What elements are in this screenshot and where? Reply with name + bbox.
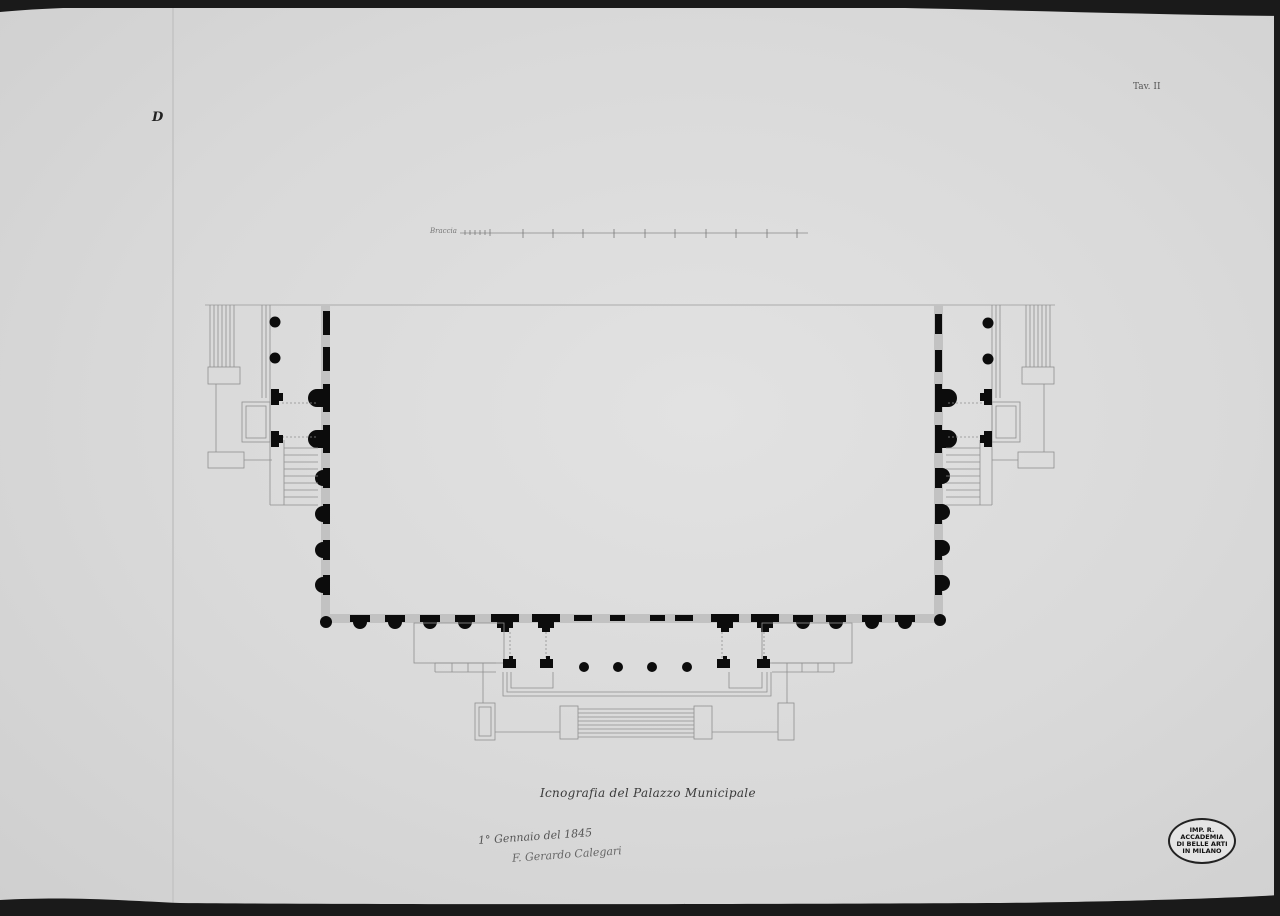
academy-stamp: IMP. R. ACCADEMIA DI BELLE ARTI IN MILAN…: [1168, 818, 1236, 864]
scale-bar-label: Braccia: [430, 227, 457, 235]
left-wall-pilasters: [308, 311, 332, 628]
left-wing: [208, 305, 318, 505]
right-wing-columns: [980, 318, 994, 448]
floor-plan-diagram: [0, 0, 1280, 916]
bottom-portico-columns: [503, 656, 770, 672]
scanned-drawing-sheet: D Tav. II: [0, 0, 1280, 916]
right-wing: [946, 305, 1054, 505]
plan-title: Icnografia del Palazzo Municipale: [540, 786, 756, 800]
right-wall-pilasters: [934, 314, 957, 626]
scale-bar: [460, 229, 808, 238]
courtyard-walls: [321, 305, 943, 623]
bottom-portico: [414, 623, 852, 740]
left-wing-columns: [270, 317, 284, 448]
stamp-line: IN MILANO: [1182, 848, 1221, 855]
